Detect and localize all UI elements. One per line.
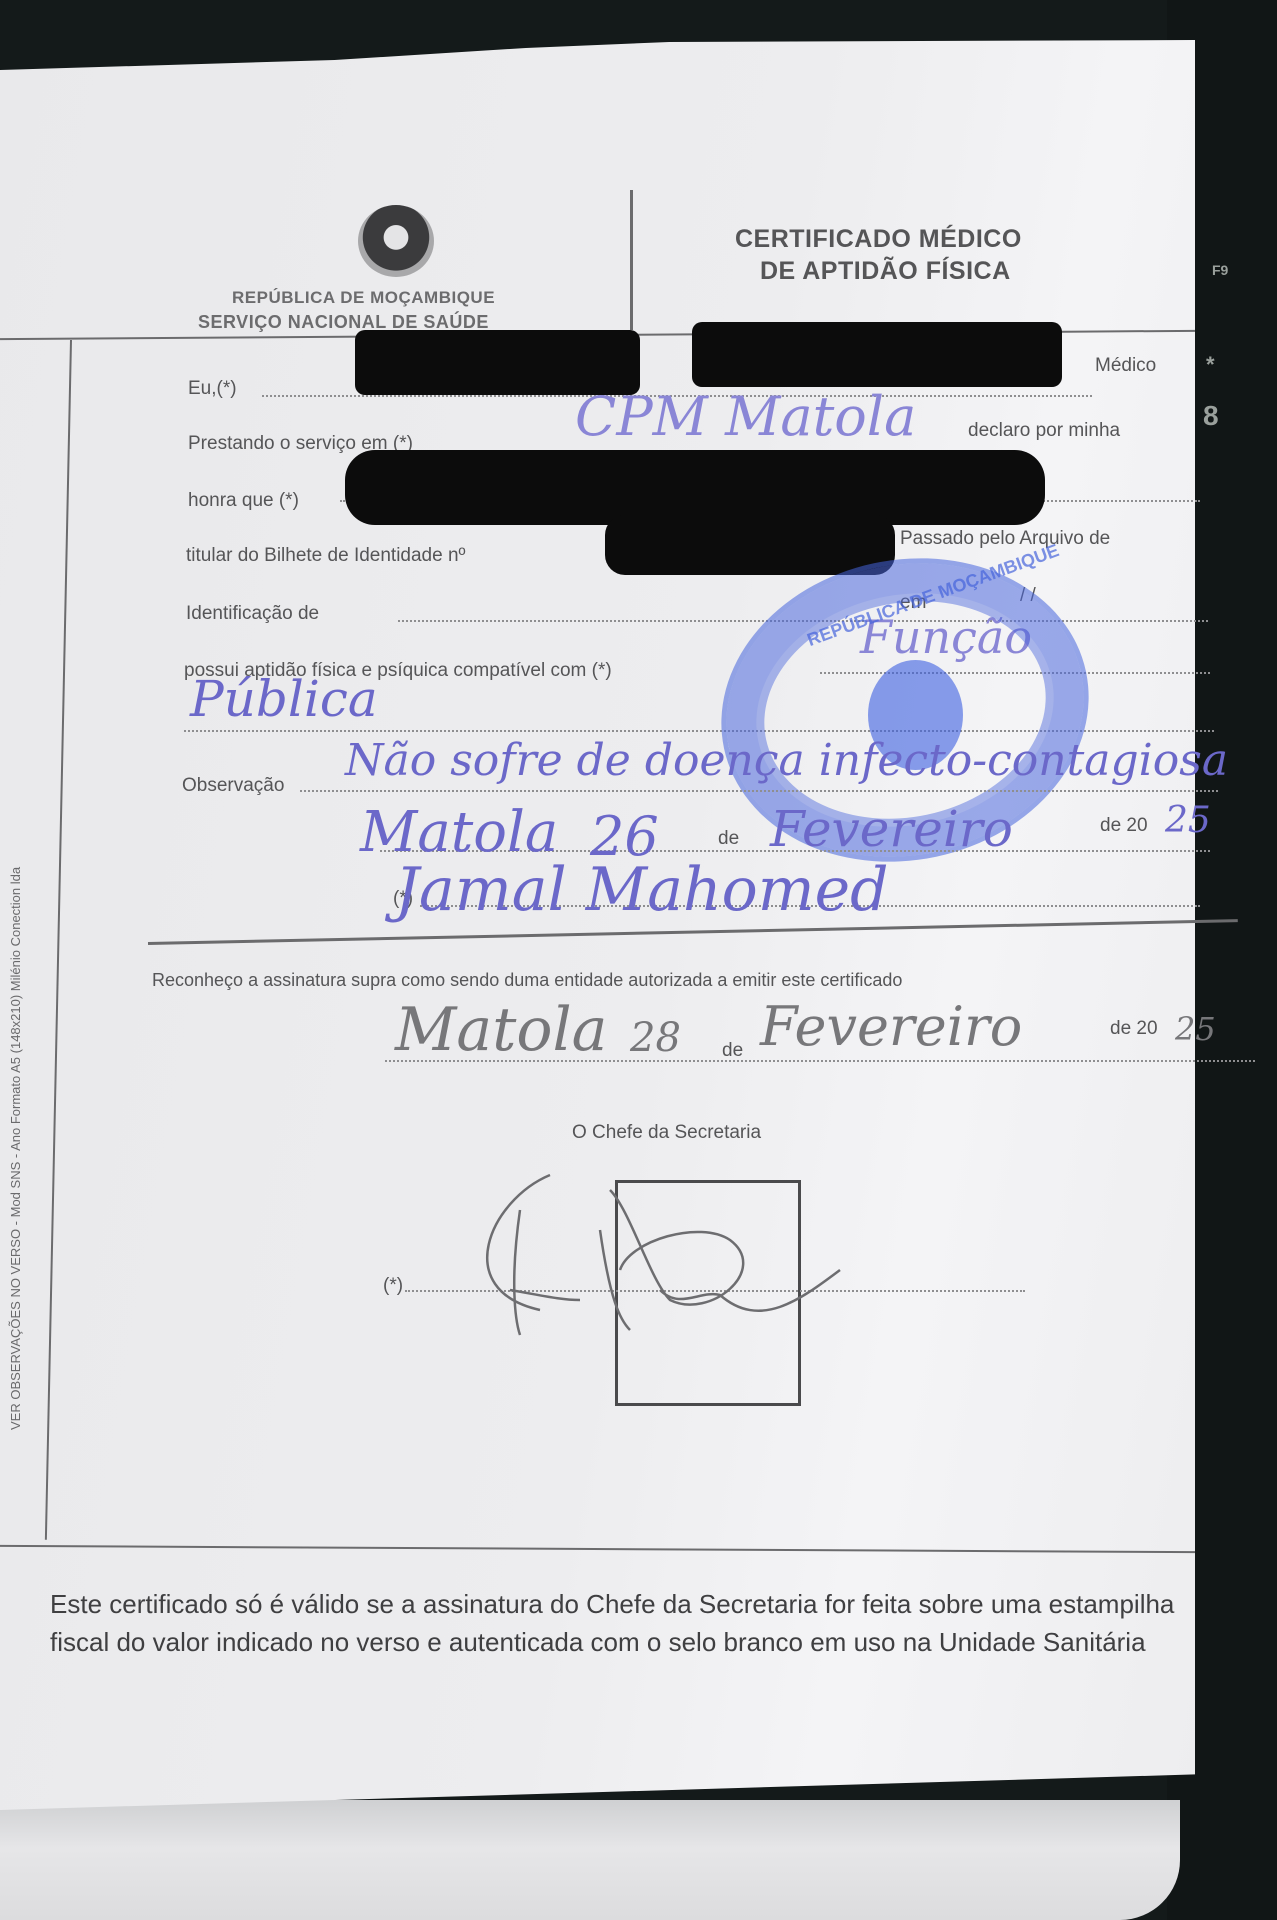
validity-note: Este certificado só é válido se a assina… <box>50 1585 1220 1661</box>
redaction-patient-name <box>345 450 1045 525</box>
coat-of-arms-icon <box>358 205 434 277</box>
recognition-label-de: de <box>722 1040 743 1062</box>
handwritten-doctor-signature: Jamal Mahomed <box>395 855 889 925</box>
label-de: de <box>718 828 739 850</box>
handwritten-year: 25 <box>1165 800 1211 841</box>
handwritten-recognition-place: Matola <box>395 995 607 1065</box>
underlying-sheet <box>0 1800 1180 1920</box>
label-year-prefix: de 20 <box>1100 815 1148 837</box>
handwritten-recognition-month: Fevereiro <box>760 995 1022 1058</box>
signatory-title: O Chefe da Secretaria <box>572 1122 761 1144</box>
field-observation[interactable] <box>300 790 1218 792</box>
header-divider <box>630 190 633 330</box>
chief-signature-scribble <box>480 1170 860 1340</box>
label-honra-que: honra que (*) <box>188 490 299 512</box>
header-country: REPÚBLICA DE MOÇAMBIQUE <box>232 288 495 308</box>
key-star-label: * <box>1206 352 1215 378</box>
chief-signature-marker: (*) <box>383 1275 403 1297</box>
label-observacao: Observação <box>182 775 284 797</box>
certificate-title-line2: DE APTIDÃO FÍSICA <box>760 257 1011 286</box>
redaction-doctor-name-2 <box>692 322 1062 387</box>
recognition-text: Reconheço a assinatura supra como sendo … <box>152 970 902 991</box>
label-declaro: declaro por minha <box>968 420 1120 442</box>
label-medico: Médico <box>1095 355 1156 377</box>
label-passado: Passado pelo Arquivo de <box>900 528 1110 550</box>
handwritten-month: Fevereiro <box>770 800 1013 858</box>
redaction-id-number <box>605 515 895 575</box>
handwritten-observation: Não sofre de doença infecto-contagiosa <box>345 735 1228 786</box>
side-note-vertical: VER OBSERVAÇÕES NO VERSO - Mod SNS - Ano… <box>8 867 23 1430</box>
key-8-label: 8 <box>1203 400 1219 432</box>
label-bilhete: titular do Bilhete de Identidade nº <box>186 545 465 567</box>
handwritten-function-2: Pública <box>190 670 378 728</box>
key-f9-label: F9 <box>1212 262 1228 278</box>
handwritten-service-location: CPM Matola <box>575 385 916 448</box>
handwritten-recognition-day: 28 <box>630 1015 681 1061</box>
certificate-title-line1: CERTIFICADO MÉDICO <box>735 225 1022 254</box>
label-identificacao: Identificação de <box>186 603 319 625</box>
recognition-year-prefix: de 20 <box>1110 1018 1158 1040</box>
handwritten-recognition-year: 25 <box>1175 1010 1216 1048</box>
label-eu: Eu,(*) <box>188 378 237 400</box>
